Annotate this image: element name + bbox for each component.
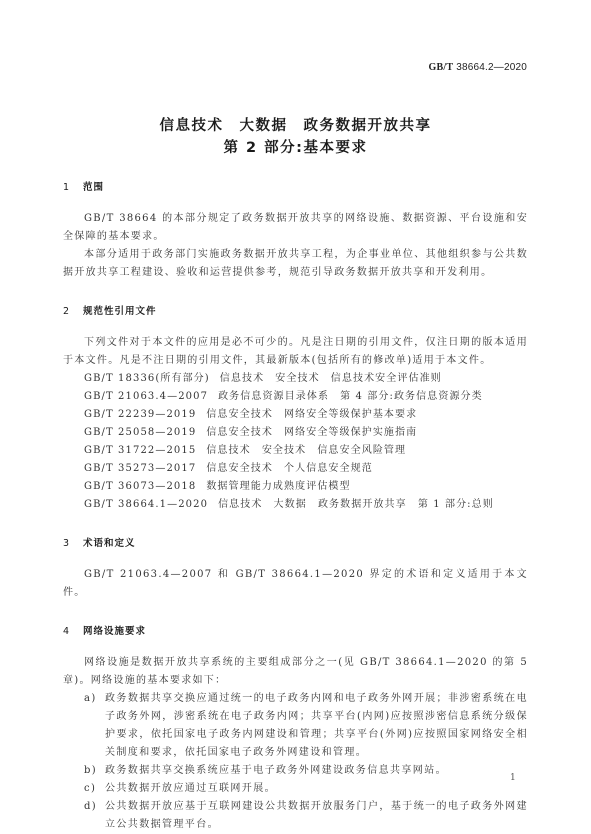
paragraph: 网络设施是数据开放共享系统的主要组成部分之一(见 GB/T 38664.1—20… [63, 654, 528, 690]
reference-code: GB/T 25058—2019 [84, 427, 196, 438]
reference-code: GB/T 36073—2018 [84, 481, 196, 492]
section-title: 术语和定义 [83, 538, 136, 549]
section-number: 3 [63, 536, 83, 552]
section-title: 规范性引用文件 [83, 306, 157, 317]
reference-title: 信息安全技术 网络安全等级保护基本要求 [206, 409, 417, 420]
list-item: a) 政务数据共享交换应通过统一的电子政务内网和电子政务外网开展；非涉密系统在电… [63, 690, 528, 762]
reference-item: GB/T 35273—2017信息安全技术 个人信息安全规范 [63, 460, 528, 478]
list-item-text: 公共数据开放应通过互联网开展。 [105, 783, 276, 794]
reference-title: 政务信息资源目录体系 第 4 部分:政务信息资源分类 [218, 391, 483, 402]
standard-prefix: GB/T [429, 62, 454, 73]
reference-title: 信息安全技术 网络安全等级保护实施指南 [206, 427, 417, 438]
section-normative-references: 2规范性引用文件 下列文件对于本文件的应用是必不可少的。凡是注日期的引用文件，仅… [63, 304, 528, 514]
section-title: 范围 [83, 182, 104, 193]
section-number: 4 [63, 624, 83, 640]
reference-item: GB/T 38664.1—2020信息技术 大数据 政务数据开放共享 第 1 部… [63, 496, 528, 514]
standard-code: GB/T 38664.2—2020 [429, 62, 527, 73]
title-subtitle: 第 2 部分:基本要求 [0, 137, 591, 159]
list-item-text: 政务数据共享交换系统应基于电子政务外网建设政务信息共享网站。 [105, 765, 447, 776]
reference-title: 信息技术 大数据 政务数据开放共享 第 1 部分:总则 [218, 499, 494, 510]
paragraph: 本部分适用于政务部门实施政务数据开放共享工程，为企事业单位、其他组织参与公共数据… [63, 246, 528, 282]
list-item-text: 公共数据开放应基于互联网建设公共数据开放服务门户，基于统一的电子政务外网建立公共… [105, 801, 528, 830]
list-marker: d) [84, 798, 97, 816]
section-network-facility-requirements: 4网络设施要求 网络设施是数据开放共享系统的主要组成部分之一(见 GB/T 38… [63, 624, 528, 834]
paragraph: GB/T 38664 的本部分规定了政务数据开放共享的网络设施、数据资源、平台设… [63, 210, 528, 246]
reference-item: GB/T 18336(所有部分)信息技术 安全技术 信息技术安全评估准则 [63, 370, 528, 388]
reference-item: GB/T 25058—2019信息安全技术 网络安全等级保护实施指南 [63, 424, 528, 442]
reference-title: 信息技术 安全技术 信息技术安全评估准则 [220, 373, 442, 384]
reference-code: GB/T 35273—2017 [84, 463, 196, 474]
section-heading: 1范围 [63, 180, 528, 196]
list-marker: b) [84, 762, 97, 780]
section-heading: 2规范性引用文件 [63, 304, 528, 320]
reference-item: GB/T 22239—2019信息安全技术 网络安全等级保护基本要求 [63, 406, 528, 424]
section-heading: 4网络设施要求 [63, 624, 528, 640]
document-body: 1范围 GB/T 38664 的本部分规定了政务数据开放共享的网络设施、数据资源… [63, 180, 528, 834]
title-main: 信息技术 大数据 政务数据开放共享 [0, 115, 591, 137]
section-number: 2 [63, 304, 83, 320]
document-title: 信息技术 大数据 政务数据开放共享 第 2 部分:基本要求 [0, 115, 591, 159]
section-scope: 1范围 GB/T 38664 的本部分规定了政务数据开放共享的网络设施、数据资源… [63, 180, 528, 282]
paragraph: 下列文件对于本文件的应用是必不可少的。凡是注日期的引用文件，仅注日期的版本适用于… [63, 334, 528, 370]
list-item: d) 公共数据开放应基于互联网建设公共数据开放服务门户，基于统一的电子政务外网建… [63, 798, 528, 834]
reference-code: GB/T 38664.1—2020 [84, 499, 208, 510]
reference-item: GB/T 21063.4—2007政务信息资源目录体系 第 4 部分:政务信息资… [63, 388, 528, 406]
list-item: b) 政务数据共享交换系统应基于电子政务外网建设政务信息共享网站。 [63, 762, 528, 780]
reference-title: 信息安全技术 个人信息安全规范 [206, 463, 373, 474]
section-heading: 3术语和定义 [63, 536, 528, 552]
paragraph: GB/T 21063.4—2007 和 GB/T 38664.1—2020 界定… [63, 566, 528, 602]
page-number: 1 [510, 773, 516, 783]
list-item-text: 政务数据共享交换应通过统一的电子政务内网和电子政务外网开展；非涉密系统在电子政务… [105, 693, 528, 758]
list-marker: a) [84, 690, 97, 708]
reference-title: 信息技术 安全技术 信息安全风险管理 [206, 445, 406, 456]
list-marker: c) [84, 780, 96, 798]
reference-code: GB/T 21063.4—2007 [84, 391, 208, 402]
reference-code: GB/T 22239—2019 [84, 409, 196, 420]
reference-code: GB/T 31722—2015 [84, 445, 196, 456]
section-terms-definitions: 3术语和定义 GB/T 21063.4—2007 和 GB/T 38664.1—… [63, 536, 528, 602]
section-title: 网络设施要求 [83, 626, 146, 637]
standard-number: 38664.2—2020 [456, 62, 527, 73]
reference-title: 数据管理能力成熟度评估模型 [206, 481, 350, 492]
reference-item: GB/T 36073—2018数据管理能力成熟度评估模型 [63, 478, 528, 496]
section-number: 1 [63, 180, 83, 196]
list-item: c) 公共数据开放应通过互联网开展。 [63, 780, 528, 798]
reference-item: GB/T 31722—2015信息技术 安全技术 信息安全风险管理 [63, 442, 528, 460]
reference-code: GB/T 18336(所有部分) [84, 373, 210, 384]
